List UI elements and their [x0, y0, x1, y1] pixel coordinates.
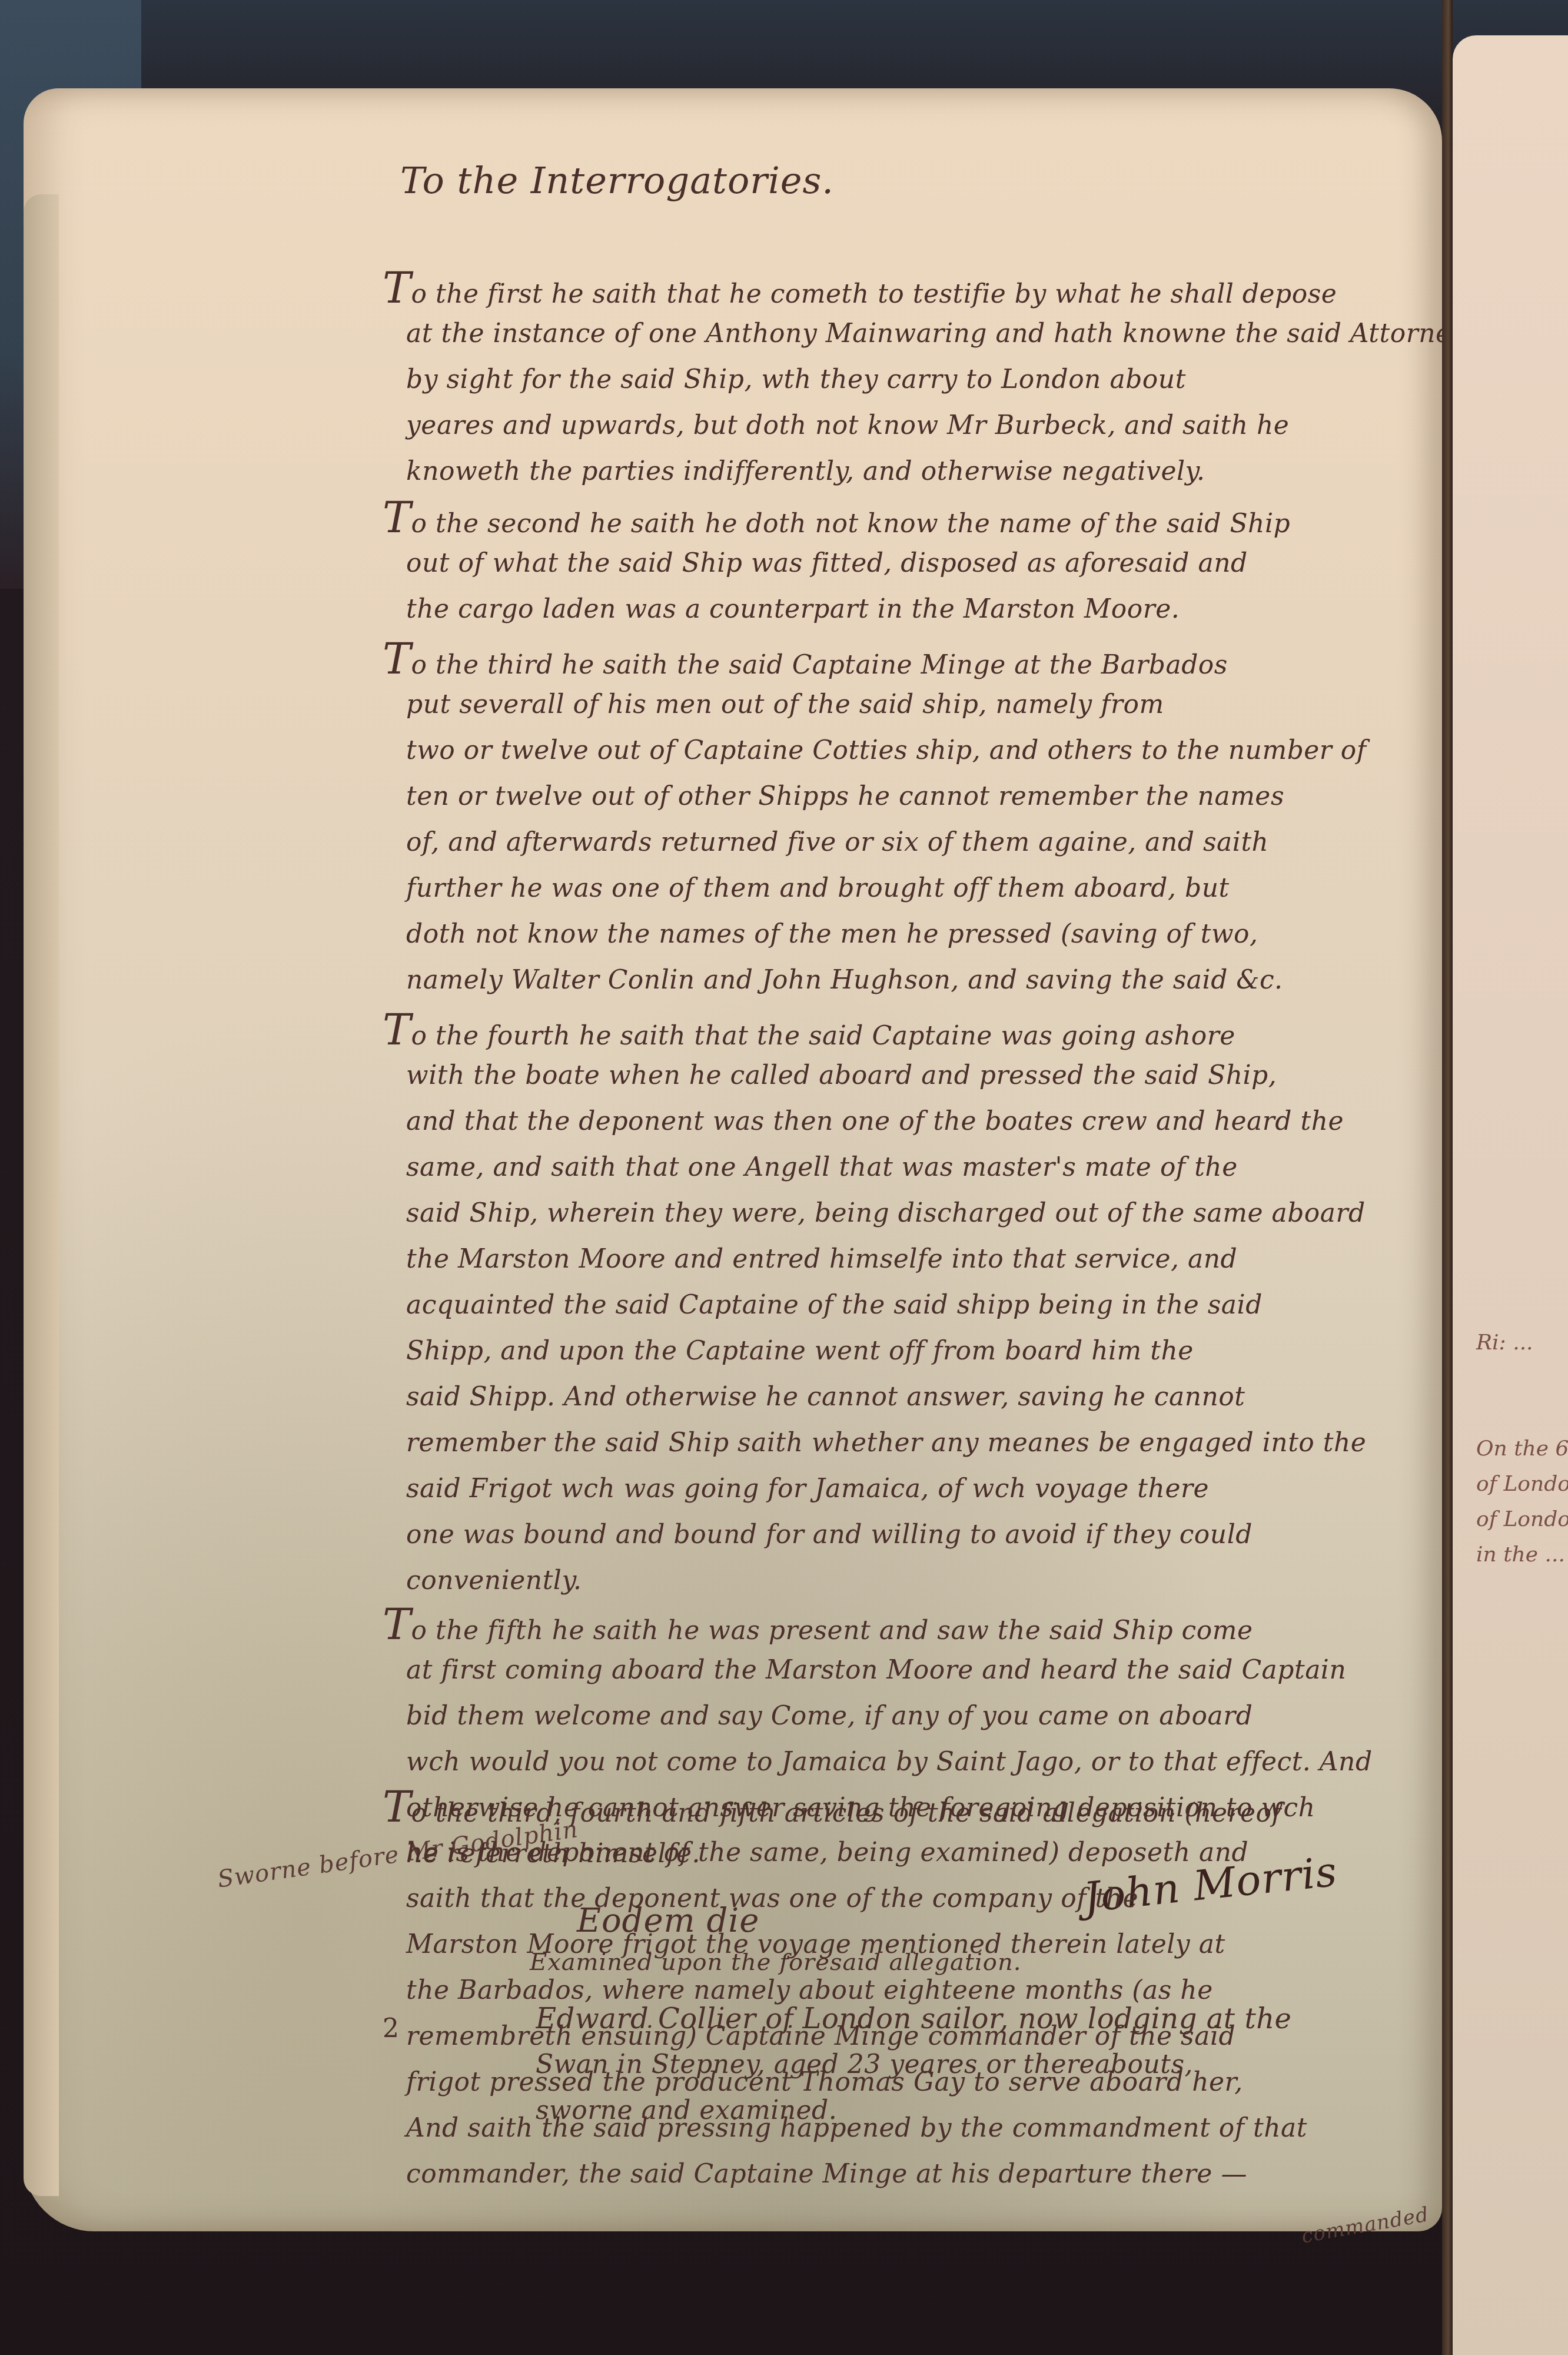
- text-line: and that the deponent was then one of th…: [383, 1099, 1460, 1145]
- text-line: remembreth ensuing) Captaine Minge comma…: [383, 2014, 1442, 2059]
- text-line: namely Walter Conlin and John Hughson, a…: [383, 957, 1460, 1003]
- section-heading: To the Interrogatories.: [400, 159, 834, 202]
- text-line: at the instance of one Anthony Mainwarin…: [383, 311, 1460, 357]
- text-line: yeares and upwards, but doth not know Mr…: [383, 403, 1460, 449]
- text-line: Marston Moore frigot the voyage mentione…: [383, 1922, 1442, 1968]
- book-gutter: [1442, 0, 1453, 2355]
- paragraph-2: To the second he saith he doth not know …: [383, 495, 1460, 632]
- text-line: of, and afterwards returned five or six …: [383, 820, 1460, 865]
- text-line: the Barbados, where namely about eightee…: [383, 1968, 1442, 2014]
- text-line: one was bound and bound for and willing …: [383, 1512, 1460, 1558]
- text-line: further he was one of them and brought o…: [383, 865, 1460, 911]
- adjacent-text-line: of London ...: [1476, 1472, 1568, 1496]
- adjacent-text-line: Ri: ...: [1476, 1331, 1533, 1355]
- text-line: To the third he saith the said Captaine …: [383, 636, 1460, 682]
- text-line: with the boate when he called aboard and…: [383, 1053, 1460, 1099]
- text-line: wch would you not come to Jamaica by Sai…: [383, 1739, 1460, 1785]
- text-line: the Marston Moore and entred himselfe in…: [383, 1236, 1460, 1282]
- adjacent-text-line: of London ...: [1476, 1507, 1568, 1531]
- paragraph-4: To the fourth he saith that the said Cap…: [383, 1007, 1460, 1604]
- second-deposition-body: To the third, fourth and fifth articles …: [383, 1784, 1442, 2197]
- paragraph-1: To the first he saith that he cometh to …: [383, 265, 1460, 495]
- adjacent-text-line: On the 6 ...: [1476, 1437, 1568, 1461]
- text-line: frigot pressed the producent Thomas Gay …: [383, 2059, 1442, 2105]
- text-line: out of what the said Ship was fitted, di…: [383, 540, 1460, 586]
- text-line: doth not know the names of the men he pr…: [383, 911, 1460, 957]
- text-line: same, and saith that one Angell that was…: [383, 1145, 1460, 1190]
- paragraph-3: To the third he saith the said Captaine …: [383, 636, 1460, 1003]
- text-line: he is the deponent of the same, being ex…: [383, 1830, 1442, 1876]
- text-line: To the third, fourth and fifth articles …: [383, 1784, 1442, 1830]
- text-line: acquainted the said Captaine of the said…: [383, 1282, 1460, 1328]
- text-line: said Ship, wherein they were, being disc…: [383, 1190, 1460, 1236]
- text-line: Shipp, and upon the Captaine went off fr…: [383, 1328, 1460, 1374]
- text-line: at first coming aboard the Marston Moore…: [383, 1647, 1460, 1693]
- adjacent-text-line: in the ...: [1476, 1543, 1565, 1567]
- text-line: conveniently.: [383, 1558, 1460, 1604]
- text-line: two or twelve out of Captaine Cotties sh…: [383, 728, 1460, 774]
- text-line: And saith the said pressing happened by …: [383, 2105, 1442, 2151]
- text-line: by sight for the said Ship, wth they car…: [383, 357, 1460, 403]
- text-line: saith that the deponent was one of the c…: [383, 1876, 1442, 1922]
- text-line: knoweth the parties indifferently, and o…: [383, 449, 1460, 495]
- text-line: the cargo laden was a counterpart in the…: [383, 586, 1460, 632]
- text-line: commander, the said Captaine Minge at hi…: [383, 2151, 1442, 2197]
- text-line: said Frigot wch was going for Jamaica, o…: [383, 1466, 1460, 1512]
- text-line: remember the said Ship saith whether any…: [383, 1420, 1460, 1466]
- text-line: To the second he saith he doth not know …: [383, 495, 1460, 540]
- text-line: To the fourth he saith that the said Cap…: [383, 1007, 1460, 1053]
- text-line: ten or twelve out of other Shipps he can…: [383, 774, 1460, 820]
- adjacent-page: Ri: ... On the 6 ... of London ... of Lo…: [1453, 35, 1568, 2355]
- text-line: bid them welcome and say Come, if any of…: [383, 1693, 1460, 1739]
- text-line: put severall of his men out of the said …: [383, 682, 1460, 728]
- text-line: said Shipp. And otherwise he cannot answ…: [383, 1374, 1460, 1420]
- text-line: To the first he saith that he cometh to …: [383, 265, 1460, 311]
- text-line: To the fifth he saith he was present and…: [383, 1601, 1460, 1647]
- page-fore-edge: [24, 194, 59, 2196]
